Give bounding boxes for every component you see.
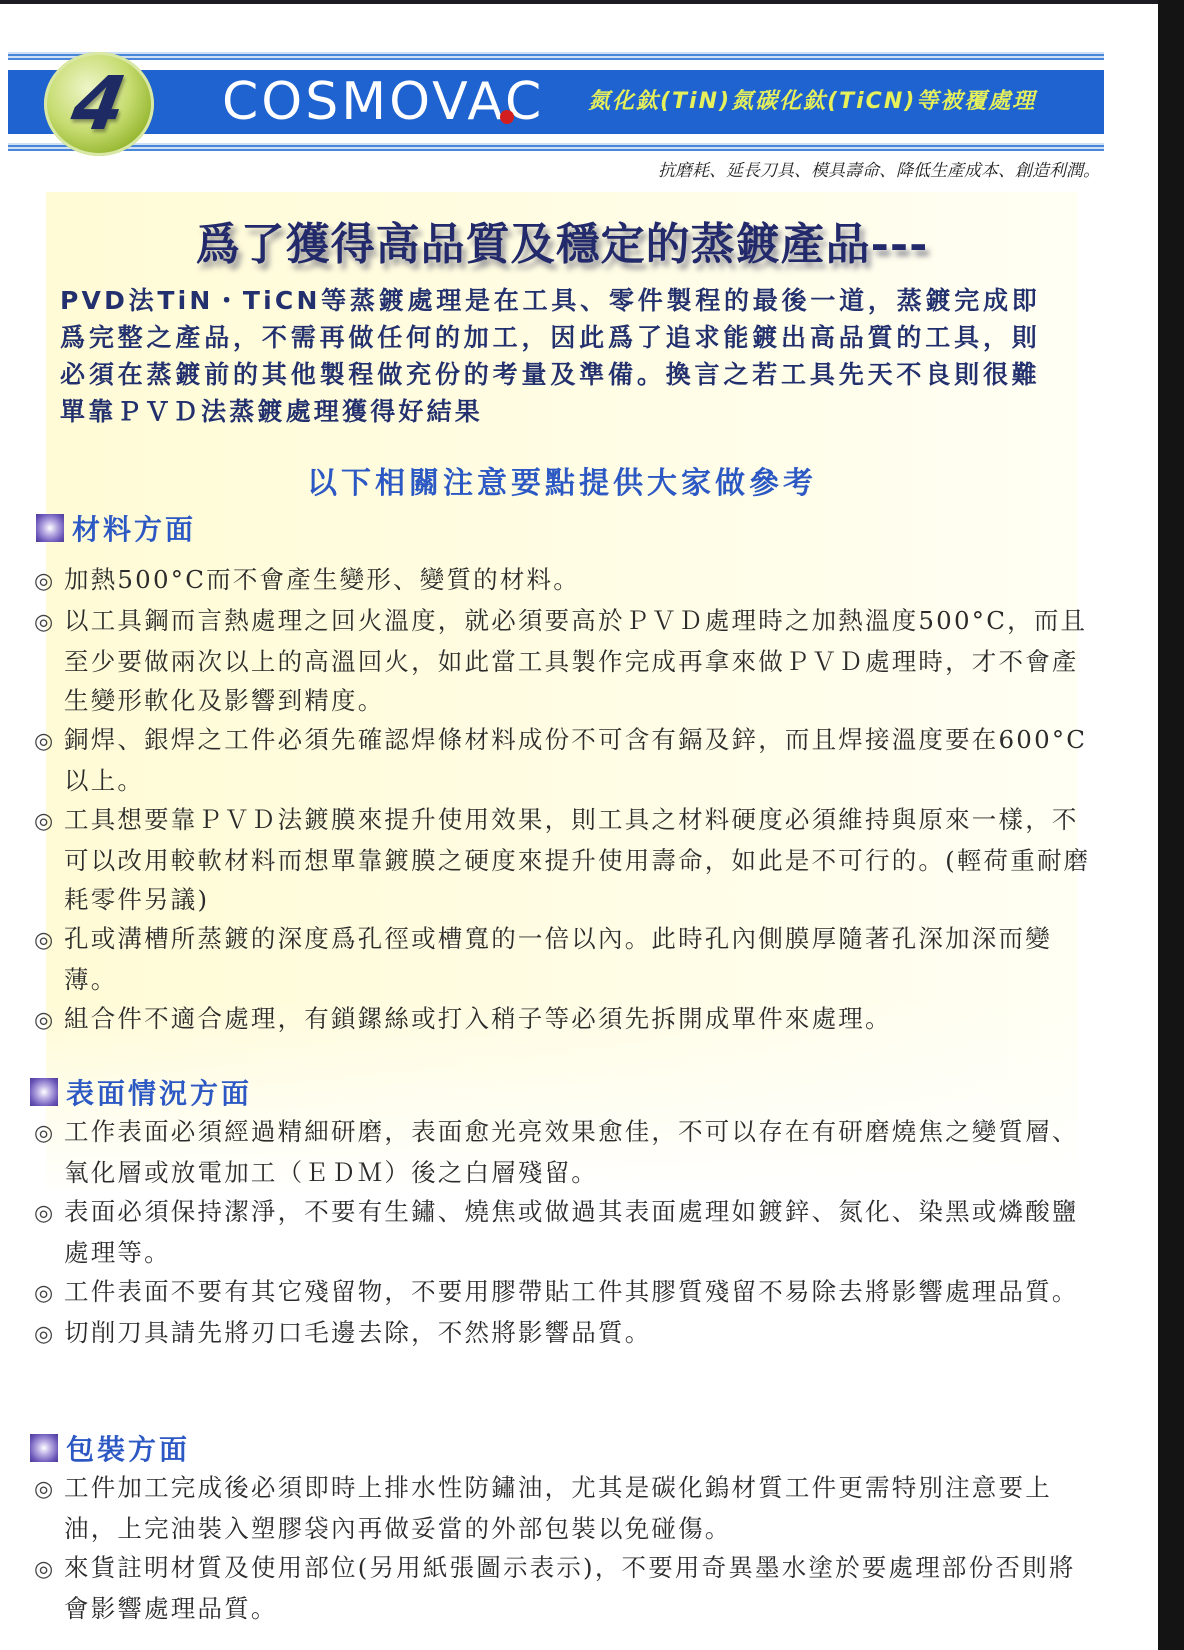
list-item: ◎工具想要靠ＰＶＤ法鍍膜來提升使用效果，則工具之材料硬度必須維持與原來一樣，不可… bbox=[34, 800, 1094, 919]
double-circle-bullet-icon: ◎ bbox=[34, 1470, 64, 1509]
headline: 爲了獲得高品質及穩定的蒸鍍產品--- bbox=[46, 208, 1078, 272]
list-item: ◎來貨註明材質及使用部位(另用紙張圖示表示)，不要用奇異墨水塗於要處理部份否則將… bbox=[34, 1548, 1094, 1628]
double-circle-bullet-icon: ◎ bbox=[34, 562, 64, 601]
list-item: ◎以工具鋼而言熱處理之回火溫度，就必須要高於ＰＶＤ處理時之加熱溫度500°C，而… bbox=[34, 601, 1094, 720]
list-item: ◎加熱500°C而不會產生變形、變質的材料。 bbox=[34, 560, 1094, 601]
page-number: 4 bbox=[66, 61, 133, 147]
double-circle-bullet-icon: ◎ bbox=[34, 603, 64, 642]
section-items-materials: ◎加熱500°C而不會產生變形、變質的材料。 ◎以工具鋼而言熱處理之回火溫度，就… bbox=[34, 560, 1094, 1040]
list-item: ◎工件表面不要有其它殘留物，不要用膠帶貼工件其膠質殘留不易除去將影響處理品質。 bbox=[34, 1272, 1094, 1313]
list-item: ◎表面必須保持潔淨，不要有生鏽、燒焦或做過其表面處理如鍍鋅、氮化、染黑或燐酸鹽處… bbox=[34, 1192, 1094, 1272]
scan-right-edge bbox=[1158, 0, 1184, 1650]
double-circle-bullet-icon: ◎ bbox=[34, 722, 64, 761]
intro-paragraph: PVD法TiN・TiCN等蒸鍍處理是在工具、零件製程的最後一道，蒸鍍完成即爲完整… bbox=[60, 282, 1040, 430]
double-circle-bullet-icon: ◎ bbox=[34, 1315, 64, 1354]
tagline: 抗磨耗、延長刀具、模具壽命、降低生產成本、創造利潤。 bbox=[658, 156, 1100, 181]
section-title-text: 材料方面 bbox=[72, 508, 196, 548]
list-item: ◎孔或溝槽所蒸鍍的深度爲孔徑或槽寬的一倍以內。此時孔內側膜厚隨著孔深加深而變薄。 bbox=[34, 919, 1094, 999]
section-items-surface: ◎工作表面必須經過精細研磨，表面愈光亮效果愈佳，不可以存在有研磨燒焦之變質層、氧… bbox=[34, 1112, 1094, 1354]
header-caption: 氮化鈦(TiN)氮碳化鈦(TiCN)等被覆處理 bbox=[588, 80, 1036, 124]
square-bullet-icon bbox=[30, 1078, 58, 1106]
section-title-materials: 材料方面 bbox=[36, 508, 196, 548]
section-title-text: 表面情況方面 bbox=[66, 1072, 252, 1112]
list-item: ◎銅焊、銀焊之工件必須先確認焊條材料成份不可含有鎘及鋅，而且焊接溫度要在600°… bbox=[34, 720, 1094, 800]
double-circle-bullet-icon: ◎ bbox=[34, 1114, 64, 1153]
double-circle-bullet-icon: ◎ bbox=[34, 802, 64, 841]
subheading: 以下相關注意要點提供大家做參考 bbox=[46, 458, 1078, 502]
section-items-packaging: ◎工件加工完成後必須即時上排水性防鏽油，尤其是碳化鎢材質工件更需特別注意要上油，… bbox=[34, 1468, 1094, 1628]
double-circle-bullet-icon: ◎ bbox=[34, 1001, 64, 1040]
scan-top-edge bbox=[0, 0, 1184, 4]
double-circle-bullet-icon: ◎ bbox=[34, 921, 64, 960]
header-stripe-top bbox=[8, 52, 1104, 60]
list-item: ◎切削刀具請先將刃口毛邊去除，不然將影響品質。 bbox=[34, 1313, 1094, 1354]
double-circle-bullet-icon: ◎ bbox=[34, 1194, 64, 1233]
double-circle-bullet-icon: ◎ bbox=[34, 1274, 64, 1313]
list-item: ◎工作表面必須經過精細研磨，表面愈光亮效果愈佳，不可以存在有研磨燒焦之變質層、氧… bbox=[34, 1112, 1094, 1192]
list-item: ◎組合件不適合處理，有鎖鏍絲或打入稍子等必須先拆開成單件來處理。 bbox=[34, 999, 1094, 1040]
double-circle-bullet-icon: ◎ bbox=[34, 1550, 64, 1589]
brand-logo-dot-icon bbox=[500, 110, 514, 124]
brand-logo-text: COSMOVAC bbox=[222, 72, 544, 132]
section-title-surface: 表面情況方面 bbox=[30, 1072, 252, 1112]
square-bullet-icon bbox=[30, 1434, 58, 1462]
section-title-text: 包裝方面 bbox=[66, 1428, 190, 1468]
header-stripe-bottom bbox=[8, 143, 1104, 151]
section-title-packaging: 包裝方面 bbox=[30, 1428, 190, 1468]
page-number-badge: 4 bbox=[44, 52, 154, 156]
square-bullet-icon bbox=[36, 514, 64, 542]
list-item: ◎工件加工完成後必須即時上排水性防鏽油，尤其是碳化鎢材質工件更需特別注意要上油，… bbox=[34, 1468, 1094, 1548]
